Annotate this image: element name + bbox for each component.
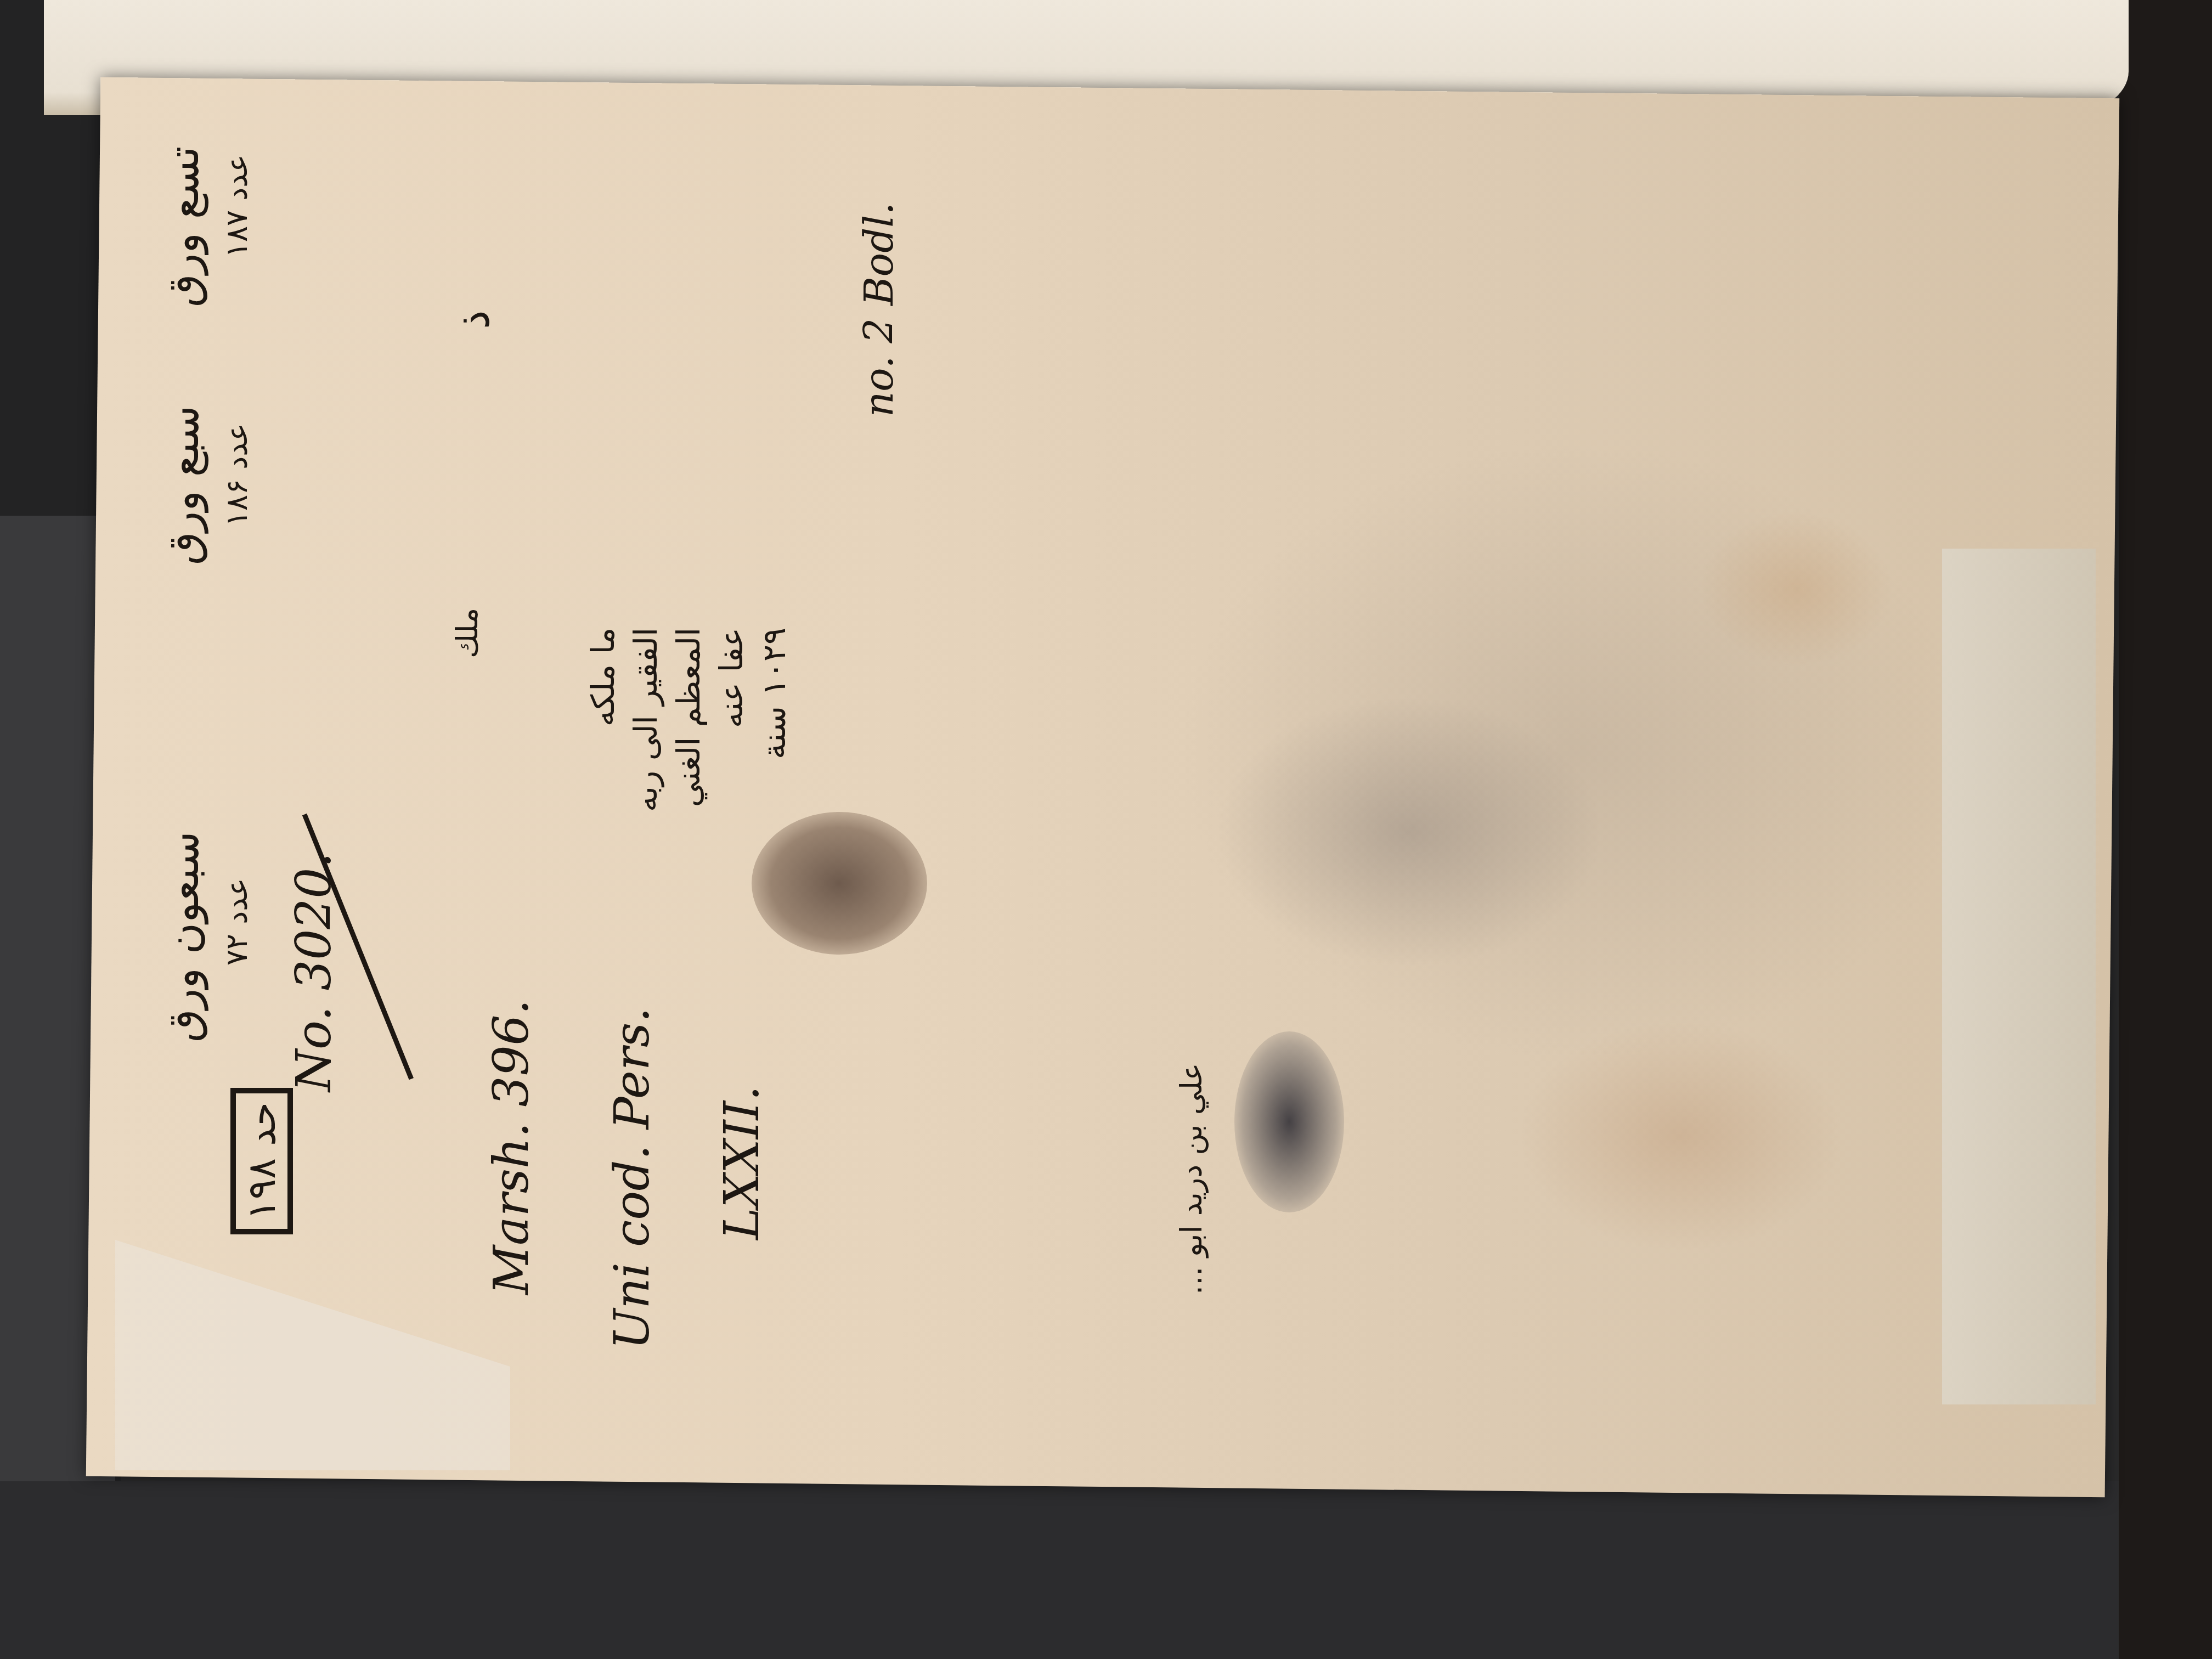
manuscript-flyleaf (86, 77, 2120, 1497)
paper-repair-strip (1942, 549, 2096, 1404)
ownership-note: ما ملكه الفقير الى ربه المعظم الغني عفا … (582, 628, 795, 812)
backdrop-binding-edge (2119, 0, 2212, 1659)
old-number: No. 3020. (285, 853, 342, 1092)
folio-count-1-number: عدد ۷۲ (219, 878, 254, 966)
boxed-shelf-number: حد ۱۹۸ (230, 1088, 293, 1234)
library-signature: no. 2 Bodl. (856, 202, 902, 417)
folio-count-3-number: عدد ۱۸۷ (219, 154, 254, 258)
small-ownership-mark: ملك (450, 608, 484, 658)
backdrop-table (0, 1481, 2212, 1659)
folio-count-1-label: سبعون ورق (159, 831, 208, 1042)
roman-numeral: LXXII. (713, 1086, 770, 1240)
shelfmark: Marsh. 396. (483, 1000, 539, 1295)
seal-impression (752, 812, 927, 955)
folio-count-2-number: عدد ۱۸۶ (219, 423, 254, 527)
ink-smudge (1234, 1031, 1344, 1212)
folio-count-3-label: تسع ورق (159, 146, 208, 307)
description-note: Uni cod. Pers. (603, 1007, 660, 1350)
margin-note: علي بن دريد ابو ... (1174, 1063, 1209, 1295)
folio-count-2-label: سبع ورق (159, 405, 208, 565)
corner-mark: ذ (450, 310, 499, 329)
